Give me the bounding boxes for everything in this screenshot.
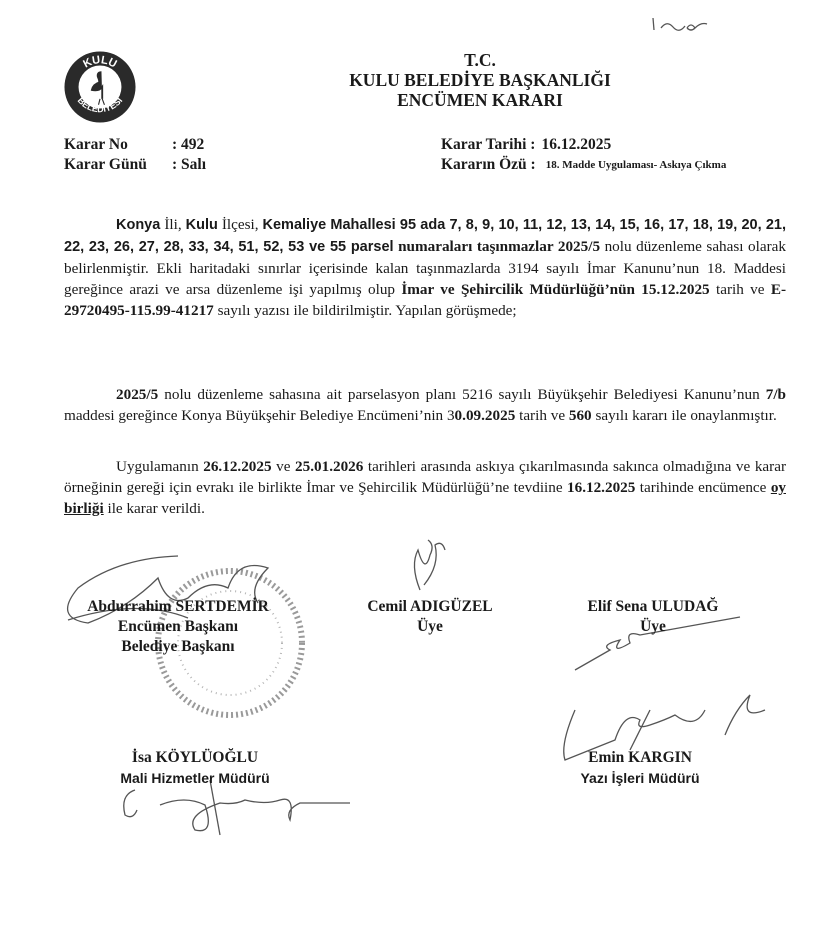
signatory-title: Mali Hizmetler Müdürü [95,768,295,788]
text-bold: Kulu [186,217,218,233]
decision-reference: 560 [569,407,592,424]
decision-date-label: Karar Tarihi : [441,135,535,155]
signatory-name: İsa KÖYLÜOĞLU [95,748,295,768]
decision-meta-right: Karar Tarihi : 16.12.2025 Kararın Özü : … [441,135,726,175]
signatory-name: Abdurrahim SERTDEMİR [58,597,298,617]
signatory-title: Encümen Başkanı [58,617,298,637]
header-line-tc: T.C. [230,50,730,70]
decision-date-value: 16.12.2025 [541,135,611,155]
end-date: 25.01.2026 [295,458,363,475]
signatory-member-uludag: Elif Sena ULUDAĞ Üye [568,597,738,637]
text-bold: numaraları taşınmazlar [394,238,554,255]
text-bold: Konya [116,217,160,233]
text: ve [272,458,295,475]
signatory-member-adiguzel: Cemil ADIGÜZEL Üye [355,597,505,637]
decision-date: 16.12.2025 [567,479,635,496]
text: Uygulamanın [116,458,203,475]
signatory-title: Yazı İşleri Müdürü [555,768,725,788]
text: İlçesi, [218,216,263,233]
signatory-title: Üye [355,617,505,637]
decision-summary-value: 18. Madde Uygulaması- Askıya Çıkma [546,155,727,175]
plan-number: 2025/5 [553,238,600,255]
text: sayılı yazısı ile bildirilmiştir. Yapıla… [214,302,517,319]
signature-adiguzel [390,535,460,595]
paragraph-1: Konya İli, Kulu İlçesi, Kemaliye Mahalle… [64,214,786,321]
decision-number-value: : 492 [172,135,204,155]
plan-number: 2025/5 [116,386,158,403]
text: nolu düzenleme sahasına ait parselasyon … [158,386,766,403]
text: maddesi gereğince Konya Büyükşehir Beled… [64,407,455,424]
handwritten-note [645,10,715,40]
paragraph-2: 2025/5 nolu düzenleme sahasına ait parse… [64,384,786,426]
municipality-logo: KULU BELEDİYESİ [63,50,137,124]
text: ile karar verildi. [104,500,205,517]
text: tarihinde encümence [635,479,770,496]
start-date: 26.12.2025 [203,458,271,475]
decision-number-label: Karar No [64,135,172,155]
decision-summary-label: Kararın Özü : [441,155,536,175]
decision-meta-left: Karar No : 492 Karar Günü : Salı [64,135,206,175]
approval-date: 0.09.2025 [455,407,516,424]
signatory-name: Elif Sena ULUDAĞ [568,597,738,617]
document-header: T.C. KULU BELEDİYE BAŞKANLIĞI ENCÜMEN KA… [230,50,730,110]
decision-day-label: Karar Günü [64,155,172,175]
signatory-mayor: Abdurrahim SERTDEMİR Encümen Başkanı Bel… [58,597,298,657]
signatory-clerk-director: Emin KARGIN Yazı İşleri Müdürü [555,748,725,788]
signatory-title: Üye [568,617,738,637]
text: tarih ve [515,407,569,424]
text: İli, [160,216,185,233]
decision-day-value: : Salı [172,155,206,175]
signatory-finance-director: İsa KÖYLÜOĞLU Mali Hizmetler Müdürü [95,748,295,788]
text: sayılı kararı ile onaylanmıştır. [592,407,777,424]
signatory-name: Cemil ADIGÜZEL [355,597,505,617]
article-reference: 7/b [766,386,786,403]
header-line-municipality: KULU BELEDİYE BAŞKANLIĞI [230,70,730,90]
signatory-title: Belediye Başkanı [58,637,298,657]
text-bold: İmar ve Şehircilik Müdürlüğü’nün 15.12.2… [401,281,709,298]
signatory-name: Emin KARGIN [555,748,725,768]
header-line-title: ENCÜMEN KARARI [230,90,730,110]
text: tarih ve [710,281,771,298]
paragraph-3: Uygulamanın 26.12.2025 ve 25.01.2026 tar… [64,456,786,519]
